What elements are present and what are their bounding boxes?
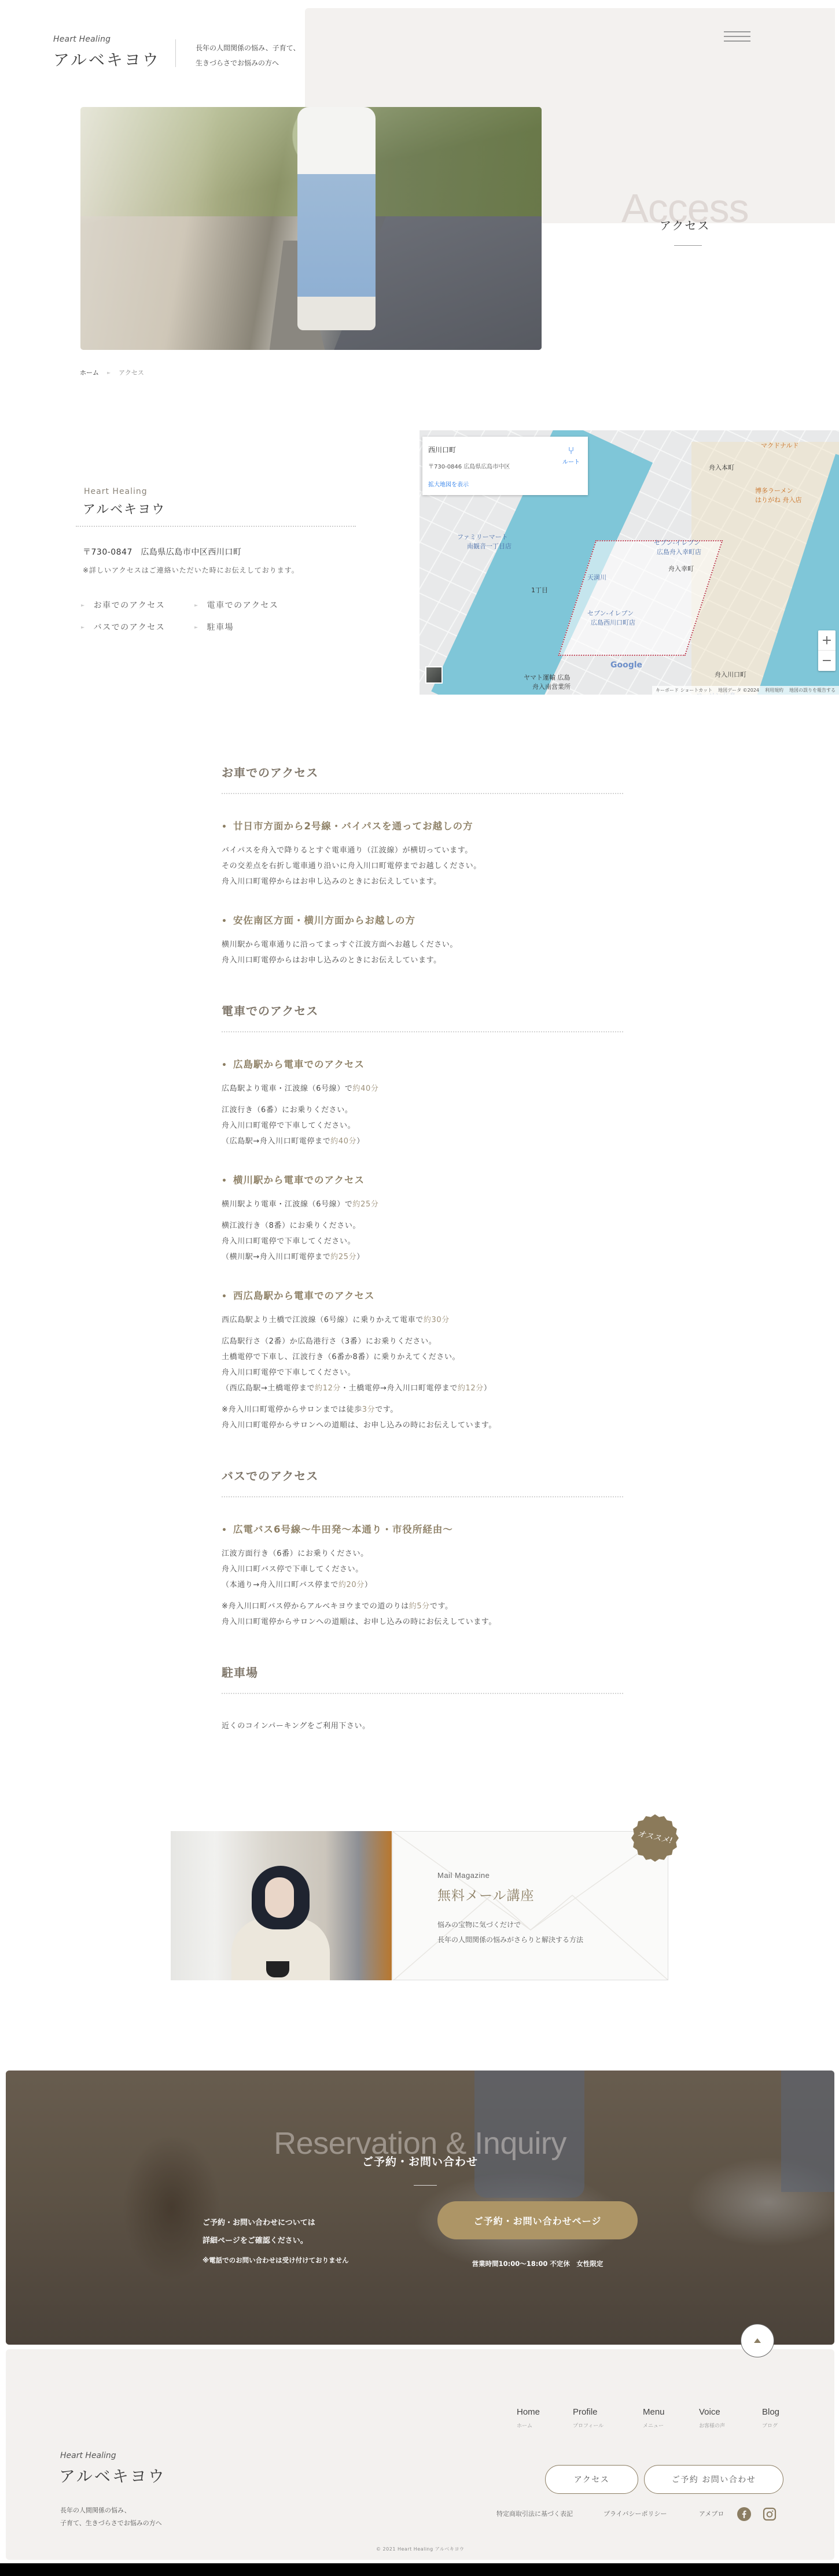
map-label[interactable]: 1丁目 xyxy=(531,585,548,595)
section-title: 電車でのアクセス xyxy=(222,996,623,1018)
section-bus: バスでのアクセス•広電バス6号線〜牛田発〜本通り・市役所経由〜江波方面行き（6番… xyxy=(222,1461,623,1630)
paragraph: バイパスを舟入で降りるとすぐ電車通り（江波線）が横切っています。その交差点を右折… xyxy=(222,843,623,890)
text-line: 舟入川口町電停で下車してください。 xyxy=(222,1234,623,1249)
paragraph: 近くのコインパーキングをご利用下さい。 xyxy=(222,1718,623,1734)
map-label[interactable]: 広島舟入幸町店 xyxy=(657,547,701,556)
text-line: 舟入川口町電停からサロンへの道順は、お申し込みの時にお伝えしています。 xyxy=(222,1614,623,1630)
page-top-button[interactable] xyxy=(741,2324,774,2357)
map-label[interactable]: 舟入川口町 xyxy=(715,670,746,679)
anchor-link-train[interactable]: ►電車でのアクセス xyxy=(194,599,310,611)
map-label[interactable]: 博多ラーメン xyxy=(755,486,793,495)
nav-ja: ブログ xyxy=(762,2422,791,2429)
map-label[interactable]: 広島西川口町店 xyxy=(591,618,635,627)
link-label: バスでのアクセス xyxy=(94,621,165,633)
nav-ja: お客様の声 xyxy=(699,2422,762,2429)
map-route-button[interactable]: ⑂ ルート xyxy=(562,445,580,466)
bullet-icon: • xyxy=(222,1176,227,1186)
paragraph: 江波行き（6番）にお乗りください。舟入川口町電停で下車してください。（広島駅→舟… xyxy=(222,1102,623,1149)
text-line: 舟入川口町電停で下車してください。 xyxy=(222,1365,623,1381)
google-logo: Google xyxy=(610,660,642,670)
route-heading-text: 広電バス6号線〜牛田発〜本通り・市役所経由〜 xyxy=(233,1524,453,1535)
bullet-icon: • xyxy=(222,822,227,832)
text-line: 土橋電停で下車し、江波行き（6番か8番）に乗りかえてください。 xyxy=(222,1349,623,1365)
paragraph: ※舟入川口町バス停からアルベキヨウまでの道のりは約5分です。舟入川口町電停からサ… xyxy=(222,1599,623,1630)
dotted-divider xyxy=(222,1031,623,1032)
paragraph: 広島駅より電車・江波線（6号線）で約40分 xyxy=(222,1081,623,1097)
route-heading-text: 西広島駅から電車でのアクセス xyxy=(233,1290,375,1301)
text-line: 舟入川口町バス停で下車してください。 xyxy=(222,1562,623,1577)
map-info-card: 西川口町 〒730-0846 広島県広島市中区 拡大地図を表示 ⑂ ルート xyxy=(422,437,588,495)
map-report-link[interactable]: 地図の誤りを報告する xyxy=(789,687,836,693)
text-line: （本通り→舟入川口町バス停まで約20分） xyxy=(222,1577,623,1593)
footer-ameblo-link[interactable]: アメブロ xyxy=(699,2509,724,2518)
breadcrumb-home[interactable]: ホーム xyxy=(80,368,99,377)
access-content: お車でのアクセス•廿日市方面から2号線・バイパスを通ってお越しの方バイパスを舟入… xyxy=(222,758,623,1762)
logo-ja: アルベキヨウ xyxy=(53,47,160,71)
text-line: 横江波行き（8番）にお乗りください。 xyxy=(222,1218,623,1234)
section-title: 駐車場 xyxy=(222,1658,623,1680)
bullet-icon: • xyxy=(222,1061,227,1070)
google-map[interactable]: ファミリーマート南観音一丁目店セブン-イレブン広島舟入幸町店舟入幸町舟入本町マク… xyxy=(419,430,839,695)
section-title: お車でのアクセス xyxy=(222,758,623,780)
nav-en: Blog xyxy=(762,2407,791,2417)
reservation-page-button[interactable]: ご予約・お問い合わせページ xyxy=(437,2201,638,2239)
bottom-bar xyxy=(0,2563,839,2576)
mail-magazine-label: Mail Magazine xyxy=(437,1871,490,1880)
footer-tagline: 長年の人間関係の悩み、 子育て、生きづらさでお悩みの方へ xyxy=(60,2504,162,2530)
map-label[interactable]: 舟入川口町 xyxy=(616,694,648,695)
map-label[interactable]: マクドナルド xyxy=(761,441,798,450)
reservation-note: ※電話でのお問い合わせは受け付けておりません xyxy=(203,2256,349,2265)
nav-en: Voice xyxy=(699,2407,762,2417)
map-label[interactable]: 舟入幸町 xyxy=(668,564,694,573)
page-title: アクセス xyxy=(660,216,710,233)
satellite-toggle[interactable] xyxy=(425,666,443,684)
mail-magazine-card[interactable]: Mail Magazine 無料メール講座 悩みの宝物に気づくだけで 長年の人間… xyxy=(392,1831,668,1980)
mail-magazine-description: 悩みの宝物に気づくだけで 長年の人間関係の悩みがさらりと解決する方法 xyxy=(437,1917,583,1947)
section-car: お車でのアクセス•廿日市方面から2号線・バイパスを通ってお越しの方バイパスを舟入… xyxy=(222,758,623,968)
text-line: 江波方面行き（6番）にお乗りください。 xyxy=(222,1546,623,1562)
map-label[interactable]: 南観音一丁目店 xyxy=(467,541,512,551)
route-heading-text: 廿日市方面から2号線・バイパスを通ってお越しの方 xyxy=(233,821,473,832)
map-label[interactable]: セブン-イレブン xyxy=(587,608,634,618)
map-place-address: 〒730-0846 広島県広島市中区 xyxy=(428,462,582,470)
title-underline xyxy=(674,245,702,246)
route-heading-text: 広島駅から電車でのアクセス xyxy=(233,1059,365,1070)
map-label[interactable]: 天満川 xyxy=(587,573,606,582)
paragraph: 横川駅から電車通りに沿ってまっすぐ江波方面へお越しください。舟入川口町電停からは… xyxy=(222,937,623,968)
address: 〒730-0847 広島県広島市中区西川口町 xyxy=(83,546,241,558)
instagram-icon[interactable] xyxy=(763,2507,777,2521)
footer: Heart Healing アルベキヨウ 長年の人間関係の悩み、 子育て、生きづ… xyxy=(6,2349,834,2560)
map-label[interactable]: ヤマト運輸 広島 xyxy=(524,673,571,682)
dotted-divider xyxy=(222,1693,623,1694)
header-tagline: 長年の人間関係の悩み、子育て、 生きづらさでお悩みの方へ xyxy=(196,40,300,71)
map-place-name: 西川口町 xyxy=(428,445,582,455)
arrow-right-icon: ► xyxy=(81,603,86,608)
map-terms-link[interactable]: 利用規約 xyxy=(765,687,783,693)
map-attribution: キーボード ショートカット 地図データ ©2024 利用規約 地図の誤りを報告す… xyxy=(652,686,839,695)
anchor-links: ►お車でのアクセス ►電車でのアクセス ►バスでのアクセス ►駐車場 xyxy=(81,599,324,633)
arrow-right-icon: ► xyxy=(81,625,86,630)
text-line: 横川駅から電車通りに沿ってまっすぐ江波方面へお越しください。 xyxy=(222,937,623,953)
copyright: © 2021 Heart Healing アルベキヨウ xyxy=(376,2546,464,2552)
paragraph: 江波方面行き（6番）にお乗りください。舟入川口町バス停で下車してください。（本通… xyxy=(222,1546,623,1593)
hamburger-icon[interactable] xyxy=(724,31,750,44)
paragraph: ※舟入川口町電停からサロンまでは徒歩3分です。舟入川口町電停からサロンへの道順は… xyxy=(222,1402,623,1433)
nav-en: Home xyxy=(517,2407,573,2417)
route-heading: •広島駅から電車でのアクセス xyxy=(222,1057,623,1071)
link-label: 駐車場 xyxy=(207,621,234,633)
address-note: ※詳しいアクセスはご連絡いただいた時にお伝えしております。 xyxy=(83,565,299,575)
access-route: •横川駅から電車でのアクセス横川駅より電車・江波線（6号線）で約25分横江波行き… xyxy=(222,1172,623,1265)
route-heading: •廿日市方面から2号線・バイパスを通ってお越しの方 xyxy=(222,818,623,832)
reservation-text: ご予約・お問い合わせについては 詳細ページをご確認ください。 xyxy=(203,2214,315,2250)
access-route: •廿日市方面から2号線・バイパスを通ってお越しの方バイパスを舟入で降りるとすぐ電… xyxy=(222,818,623,890)
route-heading-text: 横川駅から電車でのアクセス xyxy=(233,1175,365,1186)
section-title: バスでのアクセス xyxy=(222,1461,623,1483)
logo-en: Heart Healing xyxy=(53,35,160,44)
access-route: 近くのコインパーキングをご利用下さい。 xyxy=(222,1718,623,1734)
map-label[interactable]: ファミリーマート xyxy=(457,532,508,541)
text-line: ※舟入川口町電停からサロンまでは徒歩3分です。 xyxy=(222,1402,623,1418)
footer-logo-en: Heart Healing xyxy=(60,2451,116,2460)
footer-nav-home[interactable]: Homeホーム xyxy=(517,2407,573,2429)
arrow-right-icon: ► xyxy=(194,603,199,608)
anchor-link-bus[interactable]: ►バスでのアクセス xyxy=(81,621,194,633)
footer-nav-profile[interactable]: Profileプロフィール xyxy=(573,2407,643,2429)
paragraph: 西広島駅より土橋で江波線（6号線）に乗りかえて電車で約30分 xyxy=(222,1312,623,1328)
footer-nav-blog[interactable]: Blogブログ xyxy=(762,2407,791,2429)
arrow-right-icon: ► xyxy=(194,625,199,630)
link-label: 電車でのアクセス xyxy=(207,599,279,611)
footer-nav-menu[interactable]: Menuメニュー xyxy=(643,2407,699,2429)
route-heading-text: 安佐南区方面・横川方面からお越しの方 xyxy=(233,915,415,926)
access-route: •広電バス6号線〜牛田発〜本通り・市役所経由〜江波方面行き（6番）にお乗りくださ… xyxy=(222,1522,623,1630)
map-zoom-control: + − xyxy=(818,630,836,671)
access-route: •広島駅から電車でのアクセス広島駅より電車・江波線（6号線）で約40分江波行き（… xyxy=(222,1057,623,1149)
footer-law-link[interactable]: 特定商取引法に基づく表記 xyxy=(496,2509,573,2518)
text-line: その交差点を右折し電車通り沿いに舟入川口町電停までお越しください。 xyxy=(222,858,623,874)
map-data-credit: 地図データ ©2024 xyxy=(718,687,759,693)
info-name-ja: アルベキヨウ xyxy=(83,500,165,518)
text-line: バイパスを舟入で降りるとすぐ電車通り（江波線）が横切っています。 xyxy=(222,843,623,858)
text-line: 江波行き（6番）にお乗りください。 xyxy=(222,1102,623,1118)
route-heading: •広電バス6号線〜牛田発〜本通り・市役所経由〜 xyxy=(222,1522,623,1536)
text-line: 西広島駅より土橋で江波線（6号線）に乗りかえて電車で約30分 xyxy=(222,1312,623,1328)
anchor-link-parking[interactable]: ►駐車場 xyxy=(194,621,310,633)
footer-contact-button[interactable]: ご予約 お問い合わせ xyxy=(644,2465,783,2494)
arrow-up-icon xyxy=(754,2338,761,2343)
access-route: •安佐南区方面・横川方面からお越しの方横川駅から電車通りに沿ってまっすぐ江波方面… xyxy=(222,913,623,968)
breadcrumb: ホーム ► アクセス xyxy=(80,368,144,377)
paragraph: 広島駅行さ（2番）か広島港行さ（3番）にお乗りください。土橋電停で下車し、江波行… xyxy=(222,1334,623,1396)
text-line: 舟入川口町電停からはお申し込みのときにお伝えしています。 xyxy=(222,874,623,890)
tagline-line: 長年の人間関係の悩み、 xyxy=(60,2504,162,2517)
nav-en: Profile xyxy=(573,2407,643,2417)
text-line: 近くのコインパーキングをご利用下さい。 xyxy=(222,1718,623,1734)
nav-ja: ホーム xyxy=(517,2422,573,2429)
nav-ja: プロフィール xyxy=(573,2422,643,2429)
text-line: 広島駅行さ（2番）か広島港行さ（3番）にお乗りください。 xyxy=(222,1334,623,1349)
tagline-line2: 生きづらさでお悩みの方へ xyxy=(196,56,300,71)
text-line: （広島駅→舟入川口町電停まで約40分） xyxy=(222,1134,623,1149)
map-label[interactable]: 舟入本町 xyxy=(709,463,734,472)
route-heading: •安佐南区方面・横川方面からお越しの方 xyxy=(222,913,623,927)
text-line: 詳細ページをご確認ください。 xyxy=(203,2232,315,2250)
desc-line: 悩みの宝物に気づくだけで xyxy=(437,1917,583,1932)
bullet-icon: • xyxy=(222,1292,227,1301)
footer-logo-ja[interactable]: アルベキヨウ xyxy=(59,2464,166,2487)
nav-en: Menu xyxy=(643,2407,699,2417)
access-route: •西広島駅から電車でのアクセス西広島駅より土橋で江波線（6号線）に乗りかえて電車… xyxy=(222,1288,623,1433)
mail-magazine-banner[interactable]: Mail Magazine 無料メール講座 悩みの宝物に気づくだけで 長年の人間… xyxy=(171,1831,668,1980)
route-heading: •横川駅から電車でのアクセス xyxy=(222,1172,623,1186)
logo-divider xyxy=(175,39,176,67)
footer-access-button[interactable]: アクセス xyxy=(545,2465,638,2494)
hero-image xyxy=(80,107,542,350)
map-shortcuts-link[interactable]: キーボード ショートカット xyxy=(656,687,712,693)
bullet-icon: • xyxy=(222,917,227,926)
footer-privacy-link[interactable]: プライバシーポリシー xyxy=(604,2509,667,2518)
text-line: ご予約・お問い合わせについては xyxy=(203,2214,315,2232)
envelope-lines xyxy=(393,1832,668,1980)
dotted-divider xyxy=(222,1496,623,1497)
text-line: 舟入川口町電停からはお申し込みのときにお伝えしています。 xyxy=(222,953,623,968)
directions-icon: ⑂ xyxy=(562,445,580,457)
breadcrumb-separator-icon: ► xyxy=(107,370,111,375)
map-label[interactable]: セブン-イレブン xyxy=(654,538,700,547)
paragraph: 横江波行き（8番）にお乗りください。舟入川口町電停で下車してください。（横川駅→… xyxy=(222,1218,623,1265)
desc-line: 長年の人間関係の悩みがさらりと解決する方法 xyxy=(437,1932,583,1947)
mail-magazine-photo xyxy=(171,1831,392,1980)
map-label[interactable]: 舟入南営業所 xyxy=(532,682,571,691)
recommended-badge: オススメ! xyxy=(631,1814,679,1862)
map-label[interactable]: はりがね 舟入店 xyxy=(755,495,802,504)
facebook-icon[interactable] xyxy=(737,2507,751,2521)
info-name-en: Heart Healing xyxy=(84,487,148,496)
section-parking: 駐車場近くのコインパーキングをご利用下さい。 xyxy=(222,1658,623,1734)
dotted-divider xyxy=(222,793,623,794)
text-line: 横川駅より電車・江波線（6号線）で約25分 xyxy=(222,1197,623,1212)
site-logo[interactable]: Heart Healing アルベキヨウ xyxy=(53,35,160,71)
text-line: （横川駅→舟入川口町電停まで約25分） xyxy=(222,1249,623,1265)
text-line: ※舟入川口町バス停からアルベキヨウまでの道のりは約5分です。 xyxy=(222,1599,623,1614)
footer-nav-voice[interactable]: Voiceお客様の声 xyxy=(699,2407,762,2429)
anchor-link-car[interactable]: ►お車でのアクセス xyxy=(81,599,194,611)
breadcrumb-current: アクセス xyxy=(119,368,144,377)
route-heading: •西広島駅から電車でのアクセス xyxy=(222,1288,623,1302)
reservation-section: Reservation & Inquiry ご予約・お問い合わせ ご予約・お問い… xyxy=(6,2071,834,2345)
text-line: 広島駅より電車・江波線（6号線）で約40分 xyxy=(222,1081,623,1097)
route-label: ルート xyxy=(562,459,580,466)
mail-magazine-title: 無料メール講座 xyxy=(437,1885,535,1904)
zoom-out-button[interactable]: − xyxy=(818,651,836,671)
text-line: （西広島駅→土橋電停まで約12分・土橋電停→舟入川口町電停まで約12分） xyxy=(222,1381,623,1396)
tagline-line1: 長年の人間関係の悩み、子育て、 xyxy=(196,40,300,56)
bullet-icon: • xyxy=(222,1526,227,1535)
reservation-title: ご予約・お問い合わせ xyxy=(6,2153,834,2169)
paragraph: 横川駅より電車・江波線（6号線）で約25分 xyxy=(222,1197,623,1212)
tagline-line: 子育て、生きづらさでお悩みの方へ xyxy=(60,2517,162,2530)
link-label: お車でのアクセス xyxy=(94,599,165,611)
text-line: 舟入川口町電停で下車してください。 xyxy=(222,1118,623,1134)
business-hours: 営業時間10:00〜18:00 不定休 女性限定 xyxy=(437,2259,638,2268)
dotted-divider xyxy=(76,526,356,527)
section-train: 電車でのアクセス•広島駅から電車でのアクセス広島駅より電車・江波線（6号線）で約… xyxy=(222,996,623,1433)
map-enlarge-link[interactable]: 拡大地図を表示 xyxy=(428,479,582,488)
zoom-in-button[interactable]: + xyxy=(818,630,836,651)
footer-nav: Homeホーム Profileプロフィール Menuメニュー Voiceお客様の… xyxy=(517,2407,791,2429)
title-underline xyxy=(414,2185,437,2186)
nav-ja: メニュー xyxy=(643,2422,699,2429)
text-line: 舟入川口町電停からサロンへの道順は、お申し込みの時にお伝えしています。 xyxy=(222,1418,623,1433)
